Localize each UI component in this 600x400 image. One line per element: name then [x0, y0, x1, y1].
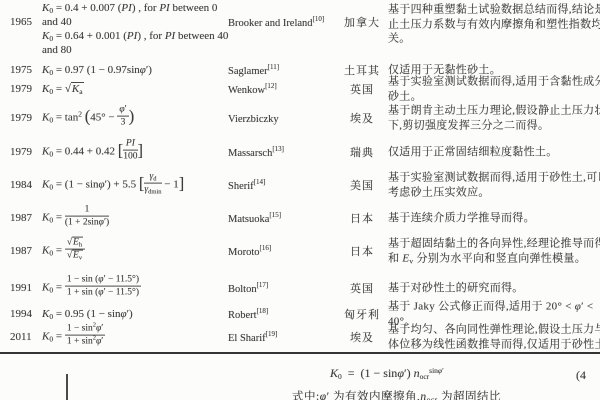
- year-cell: 1965: [10, 16, 44, 28]
- note-cell: 基于超固结黏土的各向异性,经理论推导而得,Eh 和 Ev 分别为水平向和竖直向弹…: [388, 237, 600, 266]
- reference-superscript: [12]: [265, 82, 277, 90]
- formula-cell: K0 = √Eh√Ev: [42, 239, 230, 264]
- formula-cell: K0 = 0.44 + 0.42 [PI100]: [42, 140, 230, 165]
- reference-superscript: [17]: [257, 281, 269, 289]
- author-cell: Saglamer[11]: [228, 63, 338, 77]
- author-name: Wenkow: [228, 85, 265, 96]
- country-cell: 美国: [336, 177, 388, 193]
- reference-superscript: [10]: [313, 15, 325, 23]
- paper-page: 1965 K0 = 0.4 + 0.007 (PI) , for PI betw…: [0, 0, 600, 400]
- reference-superscript: [14]: [254, 178, 266, 186]
- table-row: 1979 K0 = 0.44 + 0.42 [PI100] Massarsch[…: [0, 138, 600, 166]
- reference-superscript: [16]: [260, 244, 272, 252]
- formula-cell: K0 = √Ka: [42, 82, 230, 96]
- equation-footnote: 式中:φ′ 为有效内摩擦角,nocr 为超固结比: [292, 388, 501, 400]
- year-cell: 1979: [10, 83, 44, 95]
- author-name: Vierzbiczky: [228, 114, 279, 125]
- formula-cell: K0 = tan2 (45° − φ′3): [42, 106, 230, 131]
- reference-superscript: [13]: [272, 145, 284, 153]
- formula-cell: K0 = 1(1 + 2sinφ′): [42, 206, 230, 231]
- author-name: El Sharif: [228, 333, 266, 344]
- formula-cell: K0 = 0.97 (1 − 0.97sinφ′): [42, 63, 230, 77]
- country-cell: 匈牙利: [336, 306, 388, 322]
- country-cell: 英国: [336, 81, 388, 97]
- reference-superscript: [19]: [266, 330, 278, 338]
- year-cell: 1987: [10, 245, 44, 257]
- note-cell: 基于连续介质力学推导而得。: [388, 211, 600, 226]
- table-row: 1987 K0 = √Eh√Ev Moroto[16] 日本 基于超固结黏土的各…: [0, 236, 600, 266]
- year-cell: 1975: [10, 64, 44, 76]
- note-cell: 基于朗肯主动土压力理论,假设静止土压力状态下,剪切强度发挥三分之二而得。: [388, 104, 600, 133]
- year-cell: 1979: [10, 112, 44, 124]
- table-bottom-rule: [0, 352, 600, 354]
- country-cell: 埃及: [336, 110, 388, 126]
- reference-superscript: [11]: [268, 63, 279, 71]
- note-cell: 基于实验室测试数据而得,适用于含黏性成分的砂土。: [388, 75, 600, 104]
- author-name: Bolton: [228, 284, 257, 295]
- table-row: 1991 K0 = 1 − sin (φ′ − 11.5°)1 + sin (φ…: [0, 274, 600, 302]
- year-cell: 1984: [10, 179, 44, 191]
- author-cell: Vierzbiczky: [228, 111, 338, 125]
- year-cell: 1979: [10, 146, 44, 158]
- table-row: 1979 K0 = √Ka Wenkow[12] 英国 基于实验室测试数据而得,…: [0, 78, 600, 100]
- country-cell: 埃及: [336, 329, 388, 345]
- author-name: Massarsch: [228, 148, 272, 159]
- table-row: 1984 K0 = (1 − sinφ′) + 5.5 [γdγdmin − 1…: [0, 171, 600, 199]
- country-cell: 加拿大: [336, 14, 388, 30]
- author-cell: Bolton[17]: [228, 281, 338, 295]
- note-cell: 基于四种重塑黏土试验数据总结而得,结论是静止土压力系数与有效内摩擦角和塑性指数均…: [388, 2, 600, 46]
- author-cell: Brooker and Ireland[10]: [228, 15, 338, 29]
- table-row: 1987 K0 = 1(1 + 2sinφ′) Matsuoka[15] 日本 …: [0, 204, 600, 232]
- reference-superscript: [15]: [269, 211, 281, 219]
- note-cell: 基于实验室测试数据而得,适用于砂性土,可以考虑砂土压实效应。: [388, 171, 600, 200]
- formula-cell: K0 = (1 − sinφ′) + 5.5 [γdγdmin − 1]: [42, 173, 230, 198]
- author-name: Moroto: [228, 247, 260, 258]
- table-row: 1979 K0 = tan2 (45° − φ′3) Vierzbiczky 埃…: [0, 104, 600, 132]
- formula-cell: K0 = 1 − sin2φ′1 + sin2φ′: [42, 325, 230, 350]
- country-cell: 英国: [336, 280, 388, 296]
- author-cell: El Sharif[19]: [228, 330, 338, 344]
- note-cell: 基于均匀、各向同性弹性理论,假设土压力与墙体位移为线性函数推导而得,仅适用于砂性…: [388, 323, 600, 352]
- equation-4: K0 = (1 − sinφ′) nocrsinφ′: [330, 366, 444, 381]
- formula-cell: K0 = 1 − sin (φ′ − 11.5°)1 + sin (φ′ − 1…: [42, 276, 230, 301]
- author-name: Saglamer: [228, 66, 268, 77]
- country-cell: 土耳其: [336, 62, 388, 78]
- year-cell: 1991: [10, 282, 44, 294]
- author-cell: Moroto[16]: [228, 244, 338, 258]
- author-name: Matsuoka: [228, 214, 269, 225]
- author-name: Robert: [228, 310, 257, 321]
- note-cell: 基于对砂性土的研究而得。: [388, 281, 600, 296]
- formula-cell: K0 = 0.95 (1 − sinφ′): [42, 307, 230, 321]
- year-cell: 1987: [10, 212, 44, 224]
- formula-cell: K0 = 0.4 + 0.007 (PI) , for PI between 0…: [42, 1, 230, 57]
- table-row: 1965 K0 = 0.4 + 0.007 (PI) , for PI betw…: [0, 0, 600, 58]
- country-cell: 日本: [336, 210, 388, 226]
- author-cell: Wenkow[12]: [228, 82, 338, 96]
- reference-superscript: [18]: [257, 307, 269, 315]
- author-name: Brooker and Ireland: [228, 18, 313, 29]
- scan-artifact: [66, 374, 68, 400]
- year-cell: 2011: [10, 331, 44, 343]
- country-cell: 瑞典: [336, 144, 388, 160]
- author-cell: Massarsch[13]: [228, 145, 338, 159]
- author-name: Sherif: [228, 181, 254, 192]
- equation-number: (4: [576, 368, 586, 383]
- author-cell: Sherif[14]: [228, 178, 338, 192]
- year-cell: 1994: [10, 308, 44, 320]
- table-row: 2011 K0 = 1 − sin2φ′1 + sin2φ′ El Sharif…: [0, 322, 600, 352]
- author-cell: Matsuoka[15]: [228, 211, 338, 225]
- country-cell: 日本: [336, 243, 388, 259]
- note-cell: 仅适用于正常固结细粒度黏性土。: [388, 145, 600, 160]
- author-cell: Robert[18]: [228, 307, 338, 321]
